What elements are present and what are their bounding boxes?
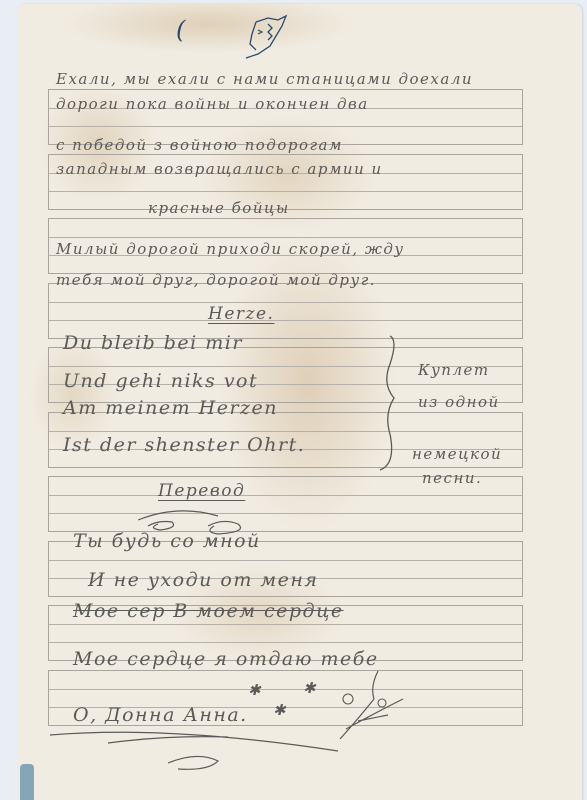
song-title: Herze. xyxy=(208,304,274,324)
side-note-line: немецкой xyxy=(412,445,502,463)
blue-ink-mark xyxy=(20,764,34,800)
side-note-line: песни. xyxy=(422,469,482,487)
water-stain xyxy=(58,4,358,54)
intro-line: красные бойцы xyxy=(148,199,290,217)
verse-line: тебя мой друг, дорогой мой друг. xyxy=(56,271,376,289)
side-note-line: из одной xyxy=(418,393,500,411)
star-doodle: ✱ xyxy=(273,701,287,719)
intro-line: Ехали, мы ехали с нами станицами доехали xyxy=(56,70,473,88)
translation-line: Ты будь со мной xyxy=(73,530,261,552)
song-line: Am meinem Herzen xyxy=(63,397,278,419)
translation-line: Мое сердце я отдаю тебе xyxy=(73,648,379,670)
verse-line: Милый дорогой приходи скорей, жду xyxy=(56,240,405,258)
intro-line: западным возвращались с армии и xyxy=(56,160,383,178)
signature: О, Донна Анна. xyxy=(73,704,248,726)
song-line: Ist der shenster Ohrt. xyxy=(63,434,305,456)
star-doodle: ✱ xyxy=(248,681,262,699)
struck-translation-line: Мое сер В моем сердце xyxy=(73,600,344,622)
star-doodle: ✱ xyxy=(303,679,317,697)
bracket-doodle: ( xyxy=(176,16,187,44)
intro-line: с победой з войною подорогам xyxy=(56,136,343,154)
song-line: Du bleib bei mir xyxy=(63,332,243,354)
song-line: Und gehi niks vot xyxy=(63,370,258,392)
side-note-line: Куплет xyxy=(418,361,490,379)
flourish-underline-icon xyxy=(48,731,348,781)
curly-brace-icon xyxy=(376,334,406,474)
ruled-block xyxy=(48,283,523,339)
face-sketch-icon xyxy=(238,14,298,64)
translation-line: И не уходи от меня xyxy=(88,569,319,591)
notebook-page: ( Ехали, мы ехали с нами станицами доеха… xyxy=(18,4,582,800)
flower-sketch-icon xyxy=(318,669,408,739)
intro-line: дороги пока войны и окончен два xyxy=(56,95,369,113)
translation-title: Перевод xyxy=(158,481,245,501)
